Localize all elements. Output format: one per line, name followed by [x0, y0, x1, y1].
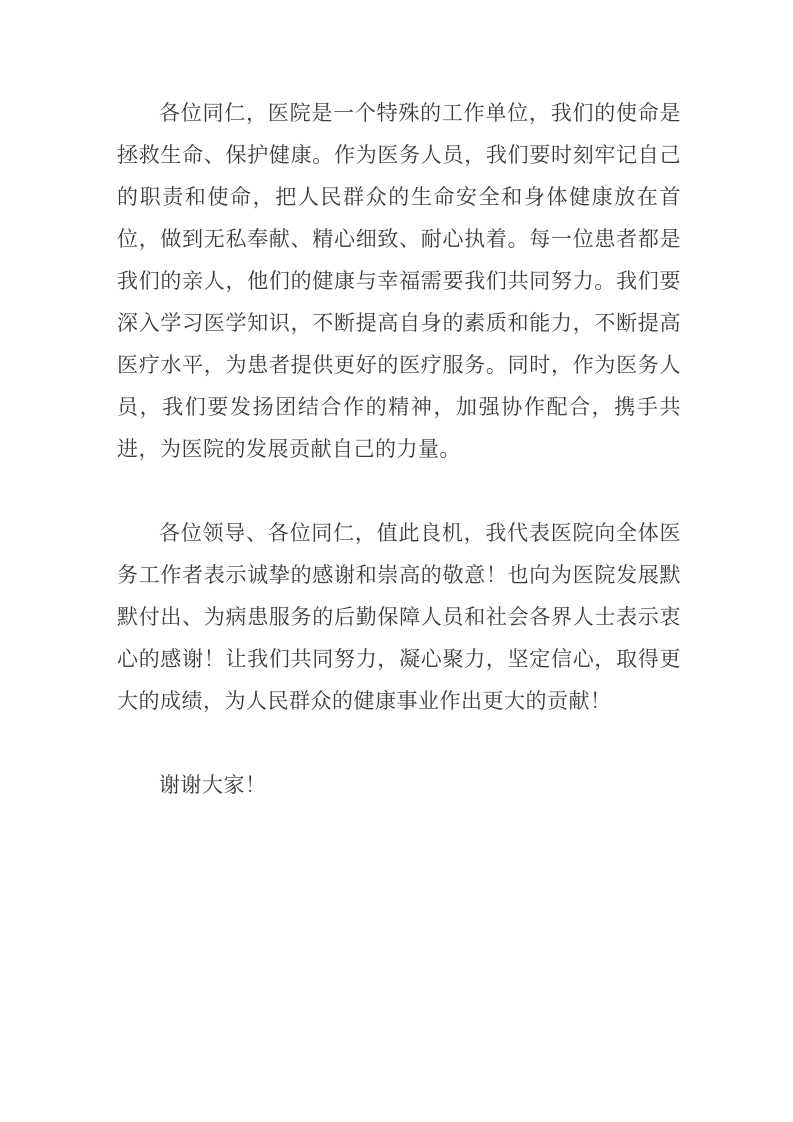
paragraph-closing-thanks: 谢谢大家！	[117, 764, 681, 806]
paragraph-speech-body-2: 各位领导、各位同仁，值此良机，我代表医院向全体医务工作者表示诚挚的感谢和崇高的敬…	[117, 512, 681, 722]
document-page: 各位同仁，医院是一个特殊的工作单位，我们的使命是拯救生命、保护健康。作为医务人员…	[0, 0, 793, 1122]
paragraph-speech-body-1: 各位同仁，医院是一个特殊的工作单位，我们的使命是拯救生命、保护健康。作为医务人员…	[117, 92, 681, 470]
document-body: 各位同仁，医院是一个特殊的工作单位，我们的使命是拯救生命、保护健康。作为医务人员…	[117, 92, 681, 806]
